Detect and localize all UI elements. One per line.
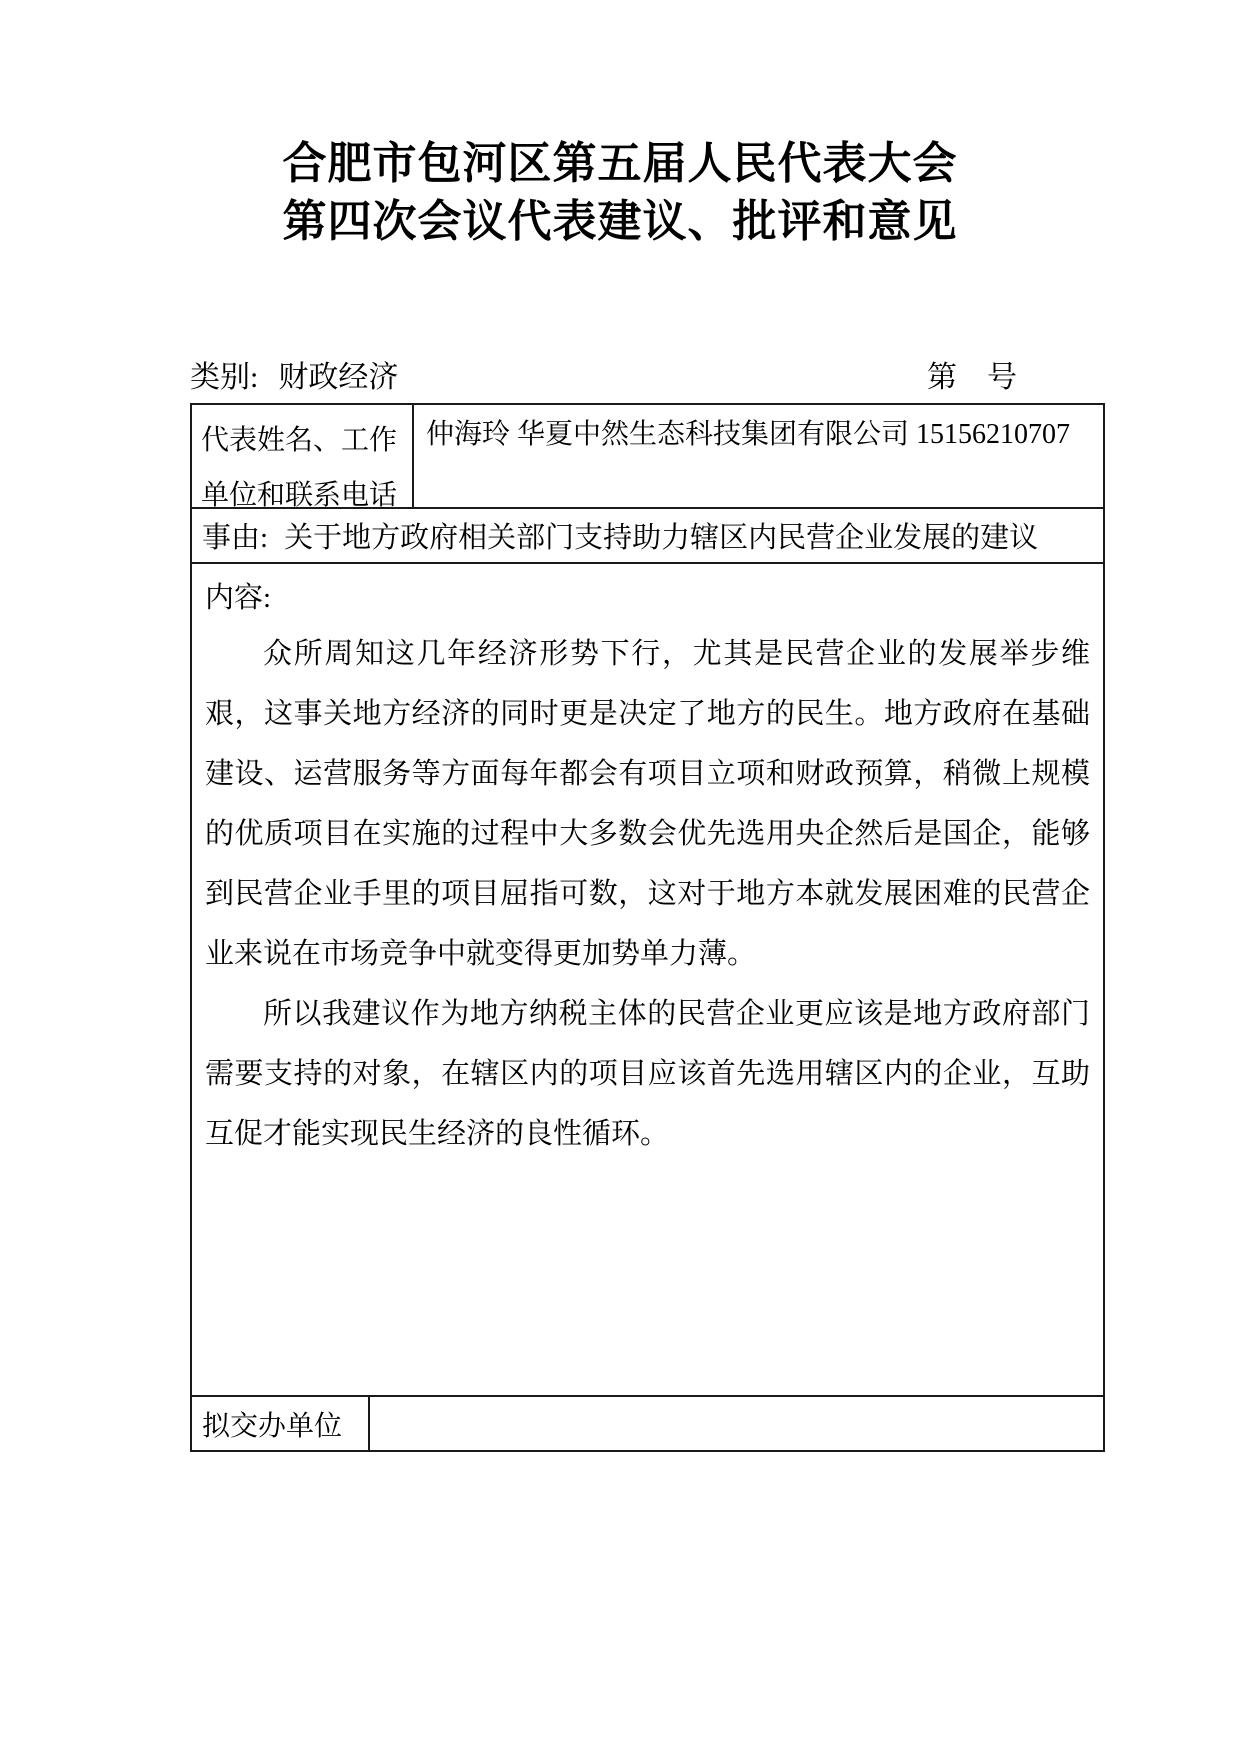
representative-value-cell: 仲海玲 华夏中然生态科技集团有限公司 15156210707 — [414, 405, 1103, 507]
document-content: 合肥市包河区第五届人民代表大会 第四次会议代表建议、批评和意见 类别:财政经济 … — [190, 135, 1105, 1452]
document-title-line2: 第四次会议代表建议、批评和意见 — [190, 193, 1050, 251]
subject-value: 关于地方政府相关部门支持助力辖区内民营企业发展的建议 — [284, 515, 1038, 556]
category-value: 财政经济 — [278, 361, 398, 394]
content-paragraph: 所以我建议作为地方纳税主体的民营企业更应该是地方政府部门需要支持的对象，在辖区内… — [205, 984, 1090, 1164]
representative-row: 代表姓名、工作单位和联系电话 仲海玲 华夏中然生态科技集团有限公司 151562… — [192, 405, 1103, 509]
content-label: 内容: — [205, 572, 1090, 624]
category-field: 类别:财政经济 — [190, 359, 398, 397]
content-paragraph: 众所周知这几年经济形势下行，尤其是民营企业的发展举步维艰，这事关地方经济的同时更… — [205, 624, 1090, 984]
document-title-line1: 合肥市包河区第五届人民代表大会 — [190, 135, 1050, 193]
subject-row: 事由: 关于地方政府相关部门支持助力辖区内民营企业发展的建议 — [192, 509, 1103, 564]
assign-unit-value-cell — [370, 1397, 1103, 1450]
assign-unit-label-cell: 拟交办单位 — [192, 1397, 370, 1450]
subject-label: 事由: — [202, 515, 268, 556]
document-number-field: 第 号 — [927, 359, 1017, 397]
document-page: 合肥市包河区第五届人民代表大会 第四次会议代表建议、批评和意见 类别:财政经济 … — [0, 0, 1240, 1753]
document-title: 合肥市包河区第五届人民代表大会 第四次会议代表建议、批评和意见 — [190, 135, 1050, 251]
assign-unit-row: 拟交办单位 — [192, 1397, 1103, 1450]
category-label: 类别: — [190, 361, 258, 394]
representative-label-cell: 代表姓名、工作单位和联系电话 — [192, 405, 414, 507]
content-row: 内容: 众所周知这几年经济形势下行，尤其是民营企业的发展举步维艰，这事关地方经济… — [192, 564, 1103, 1397]
meta-row: 类别:财政经济 第 号 — [190, 359, 1105, 397]
suggestion-form-table: 代表姓名、工作单位和联系电话 仲海玲 华夏中然生态科技集团有限公司 151562… — [190, 403, 1105, 1452]
content-paragraphs: 众所周知这几年经济形势下行，尤其是民营企业的发展举步维艰，这事关地方经济的同时更… — [205, 624, 1090, 1164]
